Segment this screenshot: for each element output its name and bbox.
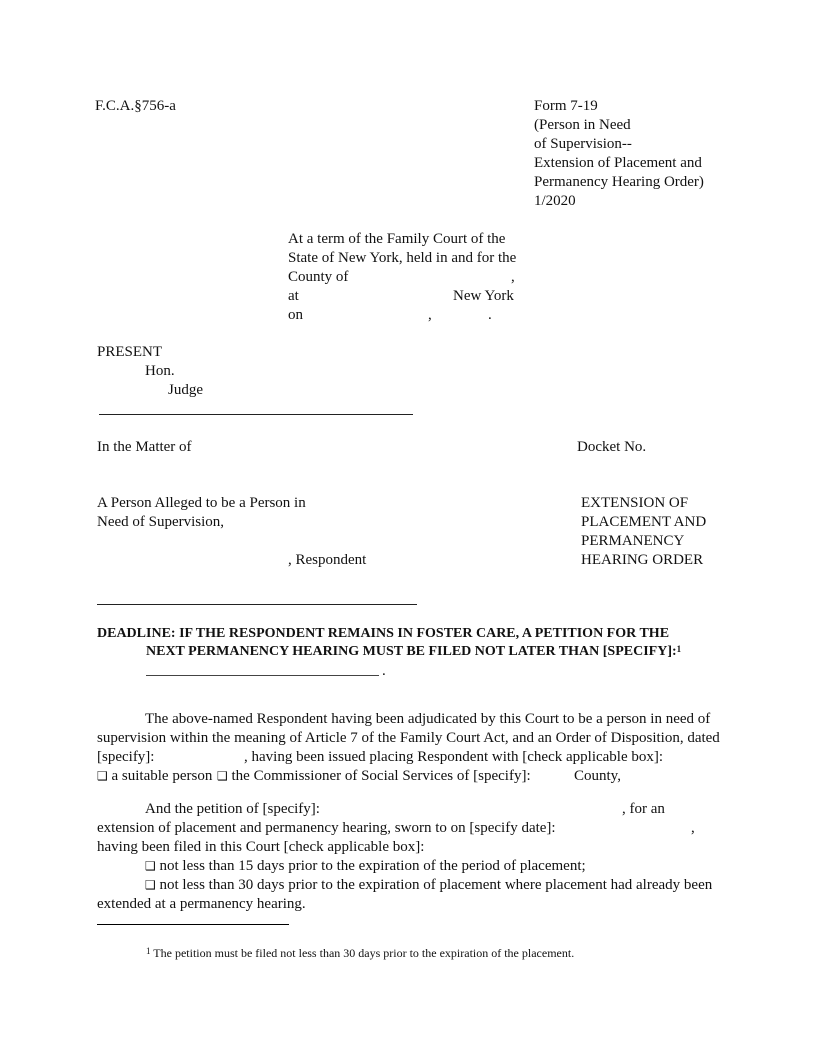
order-title-line: PLACEMENT AND [581,513,706,532]
option-commissioner: ❑ the Commissioner of Social Services of… [217,767,531,786]
matter-label: In the Matter of [97,438,192,457]
order-title-line: EXTENSION OF [581,494,688,513]
checkbox-icon[interactable]: ❑ [145,878,156,892]
para2-comma: , [691,819,695,838]
option-label: not less than 30 days prior to the expir… [160,877,713,893]
option-15-days: ❑ not less than 15 days prior to the exp… [145,857,586,876]
para2-petition-of: And the petition of [specify]: [145,800,320,819]
deadline-line-2: NEXT PERMANENCY HEARING MUST BE FILED NO… [146,642,681,661]
para2-sworn: extension of placement and permanency he… [97,819,556,838]
footnote-text: The petition must be filed not less than… [153,946,574,960]
para1-line-2: supervision within the meaning of Articl… [97,729,720,748]
on-label: on [288,306,303,325]
footnote-ref: 1 [677,644,682,654]
divider [99,414,413,415]
footnote: 1 The petition must be filed not less th… [146,944,574,963]
pins-line-2: Need of Supervision, [97,513,224,532]
option-suitable-person: ❑ a suitable person [97,767,212,786]
at-label: at [288,287,299,306]
statute-reference: F.C.A.§756-a [95,97,176,116]
present-label: PRESENT [97,343,162,362]
para1-specify: [specify]: [97,748,154,767]
judge-label: Judge [168,381,203,400]
order-title-line: HEARING ORDER [581,551,703,570]
deadline-date-blank [146,675,379,676]
respondent-label: , Respondent [288,551,366,570]
para2-filed: having been filed in this Court [check a… [97,838,424,857]
footnote-separator [97,924,289,925]
checkbox-icon[interactable]: ❑ [217,769,228,783]
court-term-line-1: At a term of the Family Court of the [288,230,505,249]
option-30-days: ❑ not less than 30 days prior to the exp… [145,876,712,895]
checkbox-icon[interactable]: ❑ [97,769,108,783]
hon-label: Hon. [145,362,175,381]
form-line: Extension of Placement and [534,154,702,173]
deadline-line-1: DEADLINE: IF THE RESPONDENT REMAINS IN F… [97,624,669,643]
court-term-line-2: State of New York, held in and for the [288,249,516,268]
form-line: of Supervision-- [534,135,632,154]
pins-line-1: A Person Alleged to be a Person in [97,494,306,513]
para1-line-3: , having been issued placing Respondent … [244,748,663,767]
deadline-text: NEXT PERMANENCY HEARING MUST BE FILED NO… [146,644,677,659]
date-comma: , [428,306,432,325]
date-period: . [488,306,492,325]
option-label: the Commissioner of Social Services of [… [232,768,531,784]
county-comma: , [511,268,515,287]
form-line: Permanency Hearing Order) [534,173,704,192]
order-title-line: PERMANENCY [581,532,684,551]
state-new-york: New York [453,287,514,306]
option-30-days-cont: extended at a permanency hearing. [97,895,306,914]
para1-line-1: The above-named Respondent having been a… [145,710,710,729]
option-label: a suitable person [112,768,213,784]
county-label: County of [288,268,348,287]
county-suffix: County, [574,767,621,786]
form-line: (Person in Need [534,116,631,135]
para2-for-an: , for an [622,800,665,819]
divider [97,604,417,605]
checkbox-icon[interactable]: ❑ [145,859,156,873]
form-line: Form 7-19 [534,97,598,116]
option-label: not less than 15 days prior to the expir… [160,858,586,874]
footnote-number: 1 [146,946,151,956]
docket-label: Docket No. [577,438,646,457]
form-line: 1/2020 [534,192,576,211]
deadline-period: . [382,662,386,681]
